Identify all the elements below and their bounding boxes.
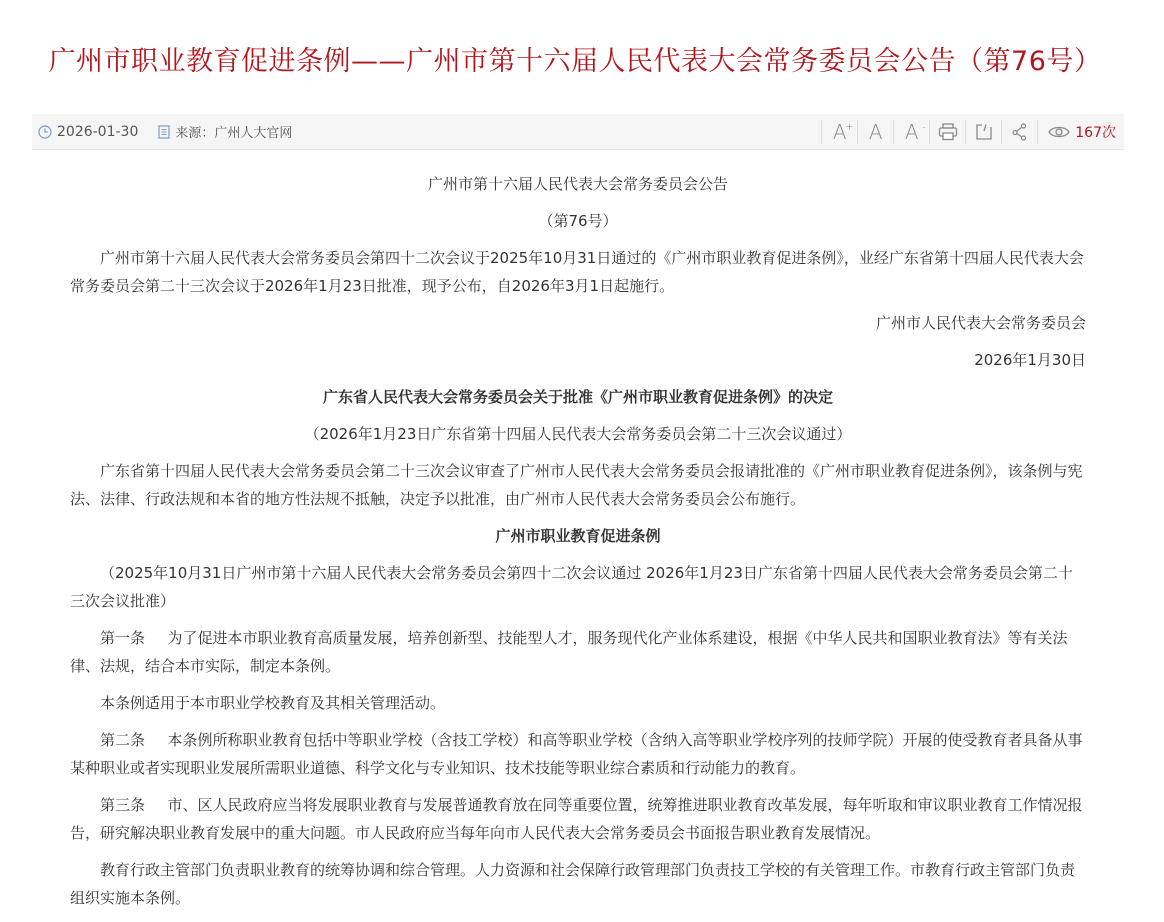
document-icon: [158, 125, 170, 139]
view-count-text: 167次: [1075, 122, 1116, 142]
article-text: 教育行政主管部门负责职业教育的统筹协调和综合管理。人力资源和社会保障行政管理部门…: [70, 861, 1075, 907]
article-paragraph: 第二条本条例所称职业教育包括中等职业学校（含技工学校）和高等职业学校（含纳入高等…: [70, 726, 1086, 782]
article-source-text: 来源：广州人大官网: [175, 122, 292, 141]
font-decrease-button[interactable]: A-: [893, 120, 929, 144]
decision-heading: 广东省人民代表大会常务委员会关于批准《广州市职业教育促进条例》的决定: [70, 383, 1086, 411]
view-count: 167次: [1037, 120, 1116, 144]
article-source: 来源：广州人大官网: [158, 122, 292, 141]
regulation-note: （2025年10月31日广州市第十六届人民代表大会常务委员会第四十二次会议通过 …: [70, 559, 1086, 615]
article-toolbar: 2026-01-30 来源：广州人大官网 A+ A A- 167次: [32, 114, 1124, 150]
article-paragraph: 本条例适用于本市职业学校教育及其相关管理活动。: [70, 689, 1086, 717]
article-text: 市、区人民政府应当将发展职业教育与发展普通教育放在同等重要位置，统筹推进职业教育…: [70, 796, 1083, 842]
font-increase-icon: A+: [833, 122, 847, 142]
page-title: 广州市职业教育促进条例——广州市第十六届人民代表大会常务委员会公告（第76号）: [0, 44, 1150, 80]
announcement-number: （第76号）: [70, 207, 1086, 235]
open-new-window-button[interactable]: [965, 120, 1001, 144]
font-decrease-icon: A-: [905, 122, 919, 142]
announcement-body: 广州市第十六届人民代表大会常务委员会第四十二次会议于2025年10月31日通过的…: [70, 244, 1086, 300]
article-label: 第二条: [100, 731, 145, 749]
decision-note: （2026年1月23日广东省第十四届人民代表大会常务委员会第二十三次会议通过）: [70, 420, 1086, 448]
signature-org: 广州市人民代表大会常务委员会: [70, 309, 1086, 337]
print-icon: [938, 123, 958, 141]
font-default-icon: A: [869, 122, 883, 142]
article-label: 第三条: [100, 796, 145, 814]
article-text: 本条例适用于本市职业学校教育及其相关管理活动。: [100, 694, 445, 712]
article-text: 为了促进本市职业教育高质量发展，培养创新型、技能型人才，服务现代化产业体系建设，…: [70, 629, 1068, 675]
article-tools: A+ A A- 167次: [821, 120, 1124, 144]
publish-date-text: 2026-01-30: [57, 124, 138, 140]
article-paragraph: 教育行政主管部门负责职业教育的统筹协调和综合管理。人力资源和社会保障行政管理部门…: [70, 856, 1086, 912]
signature-date: 2026年1月30日: [70, 346, 1086, 374]
external-link-icon: [975, 123, 993, 141]
article-label: 第一条: [100, 629, 145, 647]
print-button[interactable]: [929, 120, 965, 144]
regulation-heading: 广州市职业教育促进条例: [70, 522, 1086, 550]
article-text: 本条例所称职业教育包括中等职业学校（含技工学校）和高等职业学校（含纳入高等职业学…: [70, 731, 1083, 777]
clock-icon: [38, 125, 52, 139]
article-paragraph: 第三条市、区人民政府应当将发展职业教育与发展普通教育放在同等重要位置，统筹推进职…: [70, 791, 1086, 847]
font-default-button[interactable]: A: [857, 120, 893, 144]
font-increase-button[interactable]: A+: [821, 120, 857, 144]
publish-date: 2026-01-30: [38, 124, 138, 140]
share-icon: [1012, 123, 1028, 141]
article-paragraph: 第一条为了促进本市职业教育高质量发展，培养创新型、技能型人才，服务现代化产业体系…: [70, 624, 1086, 680]
announcement-heading: 广州市第十六届人民代表大会常务委员会公告: [70, 170, 1086, 198]
eye-icon: [1048, 125, 1070, 139]
share-button[interactable]: [1001, 120, 1037, 144]
article-body: 广州市第十六届人民代表大会常务委员会公告 （第76号） 广州市第十六届人民代表大…: [70, 170, 1086, 921]
decision-body: 广东省第十四届人民代表大会常务委员会第二十三次会议审查了广州市人民代表大会常务委…: [70, 457, 1086, 513]
article-meta: 2026-01-30 来源：广州人大官网: [32, 122, 312, 141]
